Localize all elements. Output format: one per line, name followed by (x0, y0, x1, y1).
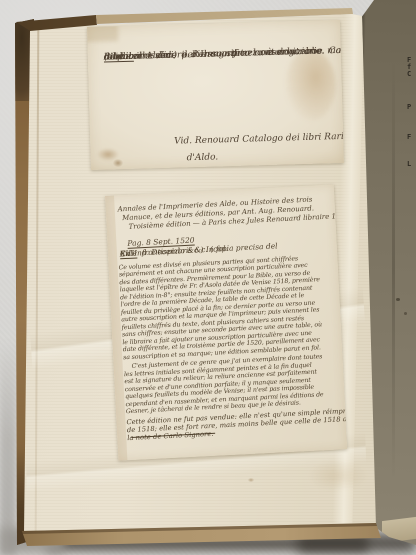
glue-stain (87, 23, 118, 42)
bottom-note-body: Ce volume est divisé en plusieurs partie… (118, 253, 336, 361)
facing-page-speck (404, 312, 407, 315)
top-note-attribution: Vid. Renouard Catalogo dei libri Rari d'… (174, 129, 344, 168)
facing-page-crease (392, 60, 395, 480)
printed-letter-fragment: F (407, 134, 411, 141)
printed-letter-fragment: L (407, 161, 411, 168)
printed-letter-fragment: C (407, 71, 411, 78)
top-note-text: Libro rarissimo e di magnifica conservaz… (104, 42, 334, 48)
pasted-note-top: Libro rarissimo e di magnifica conservaz… (87, 20, 344, 170)
printed-letter-fragment: P (407, 104, 411, 111)
foxing-spot (113, 159, 123, 167)
pasted-note-bottom: Annales de l'Imprimerie des Alde, ou His… (105, 184, 347, 460)
facing-page-speck (396, 298, 400, 301)
bottom-note-paragraph-2: C'est justement de ce genre que j'ai un … (123, 353, 338, 416)
printed-letter-fragments: F f C P F L (407, 0, 416, 220)
bottom-note-header: Annales de l'Imprimerie des Alde, ou His… (117, 195, 327, 233)
foxing-spot (248, 478, 254, 482)
book-shadow-left (0, 340, 16, 555)
photo-scene: F f C P F L Libro rarissimo e di magnifi… (0, 0, 416, 555)
foxing-spot (310, 462, 366, 490)
